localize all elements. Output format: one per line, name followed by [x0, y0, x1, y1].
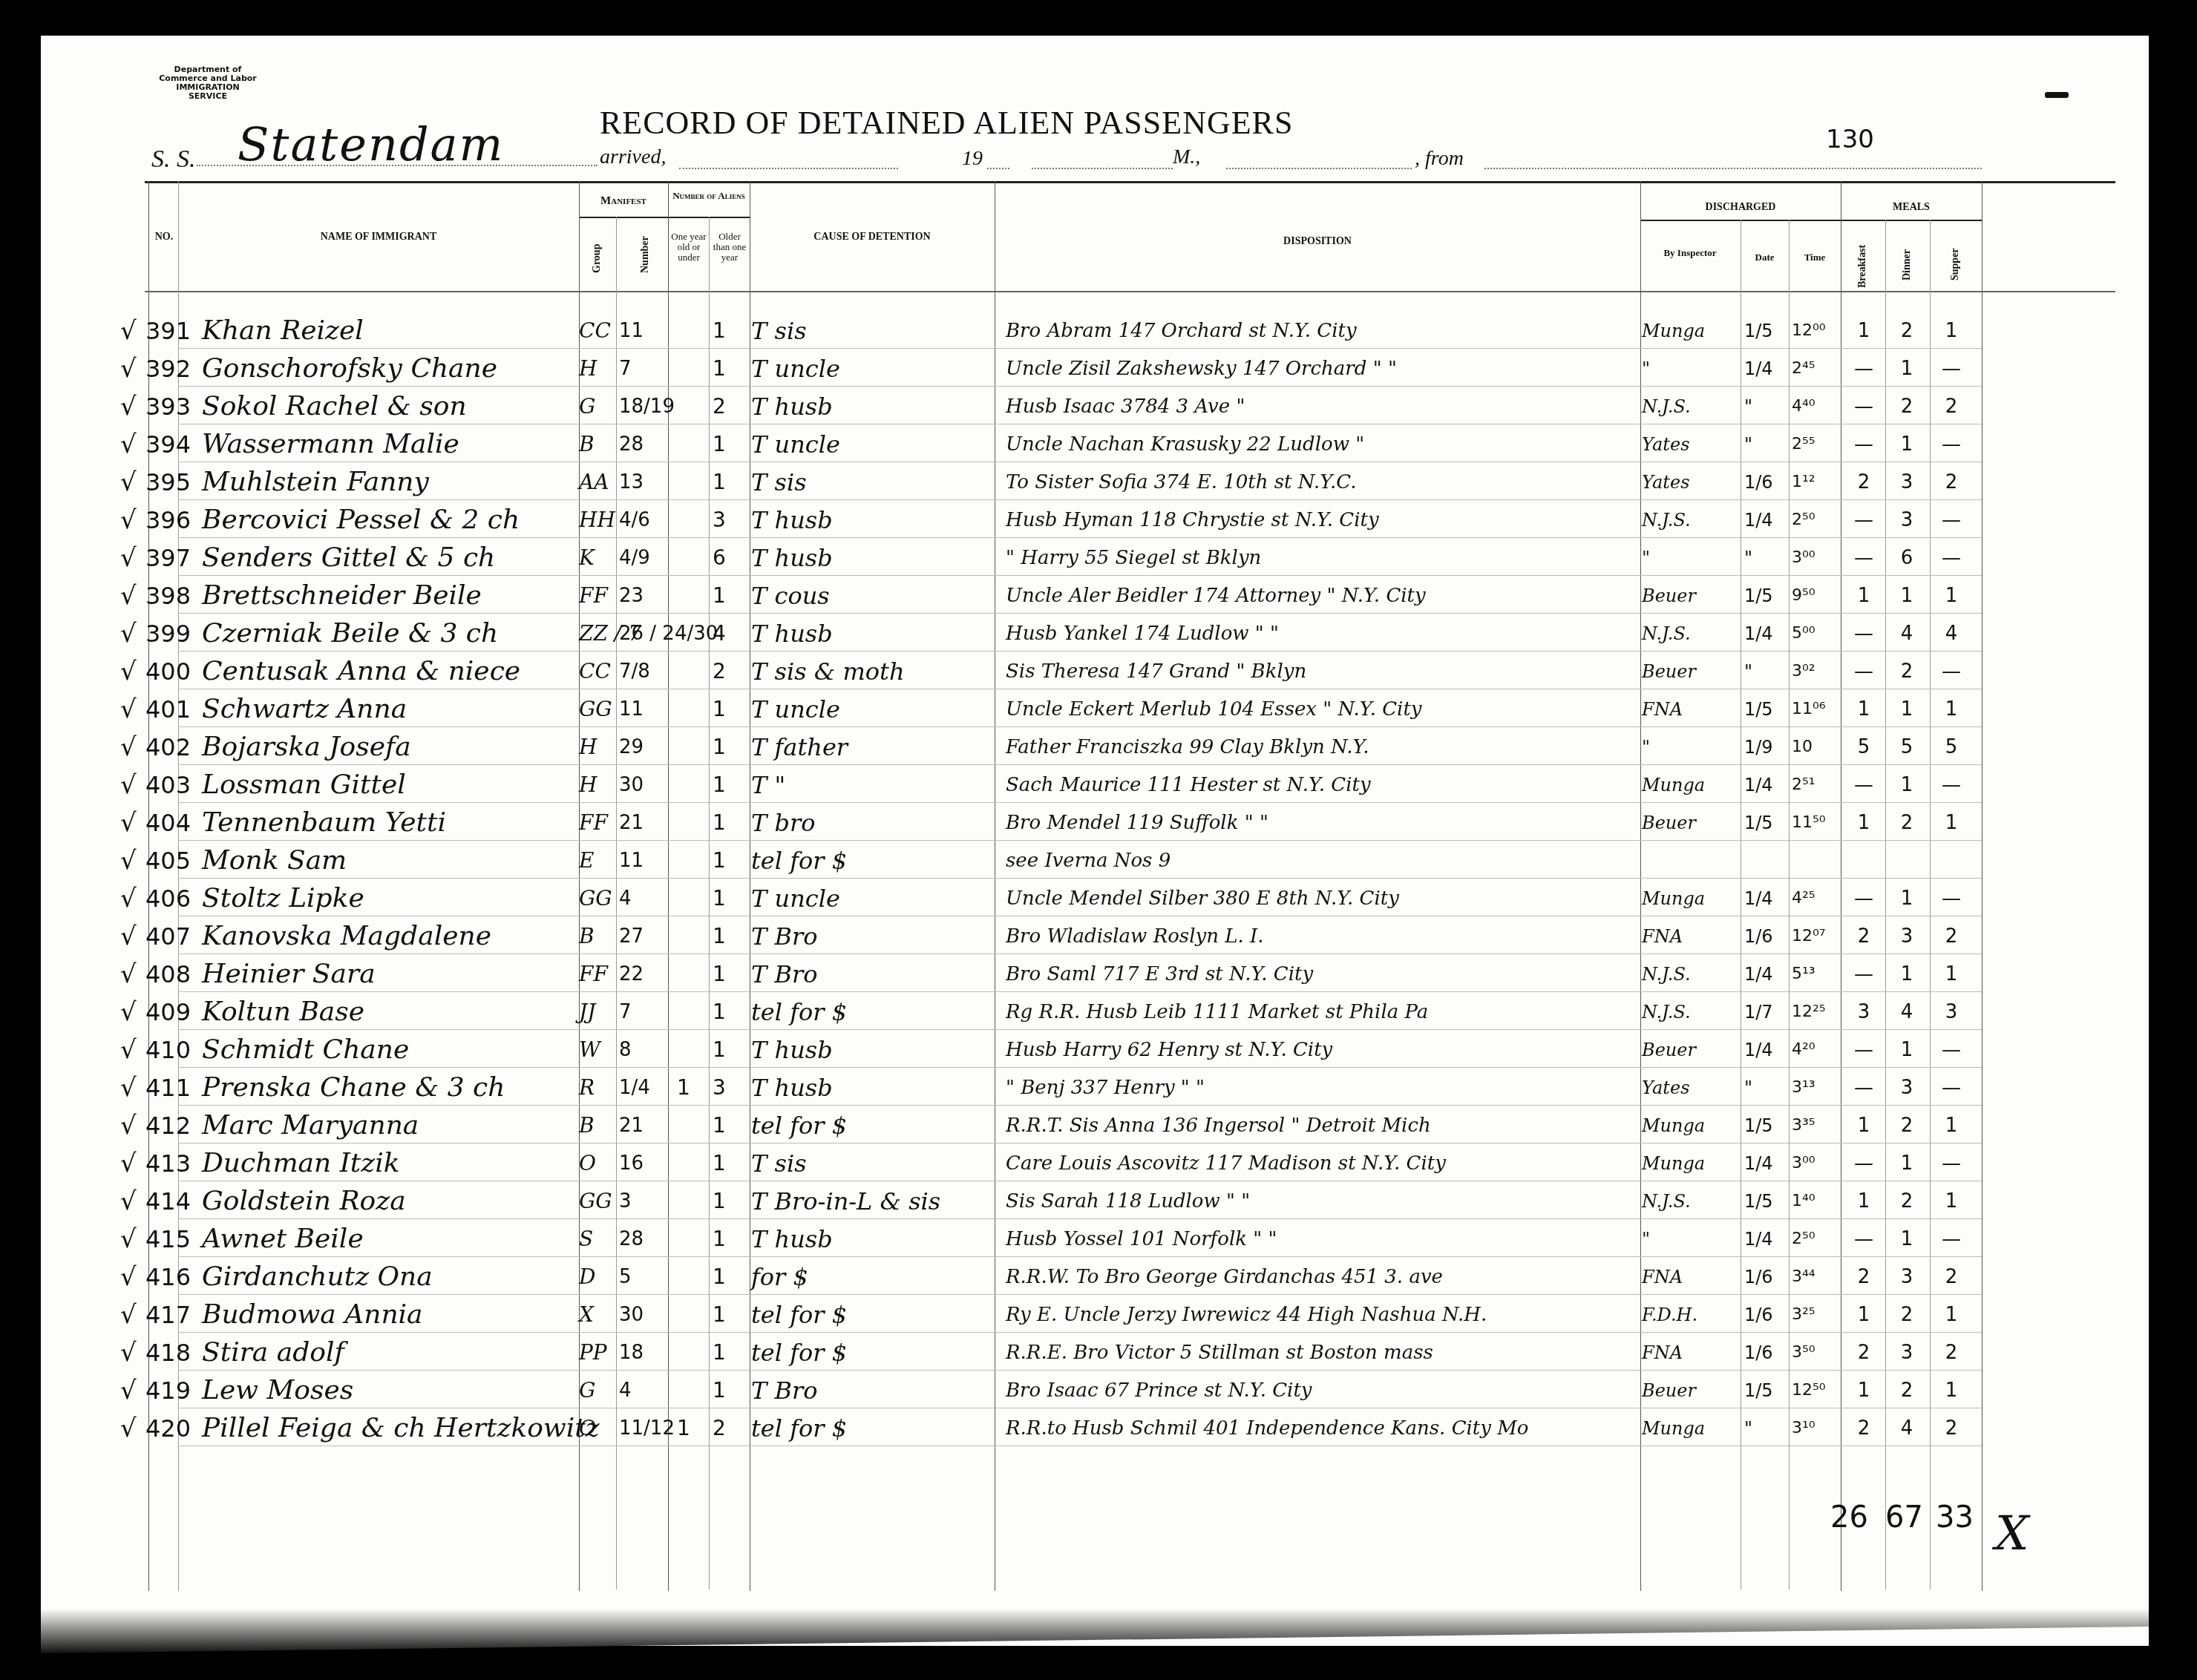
- manifest-number: 11: [619, 841, 644, 879]
- cause-of-detention: T husb: [751, 1220, 833, 1257]
- discharged-time: 3⁰⁰: [1792, 539, 1815, 576]
- meals-breakfast: 1: [1845, 1371, 1882, 1408]
- table-row: √415Awnet BeileS281T husbHusb Yossel 101…: [0, 1220, 2197, 1257]
- check-mark: √: [120, 917, 137, 954]
- discharged-date: 1/6: [1744, 1333, 1773, 1371]
- row-number: 409: [145, 993, 191, 1030]
- row-number: 413: [145, 1144, 191, 1181]
- meals-dinner: 1: [1888, 879, 1925, 916]
- manifest-group: FF: [579, 577, 608, 614]
- manifest-number: 5: [619, 1258, 632, 1295]
- row-number: 420: [145, 1409, 191, 1446]
- aliens-older-than-one-year: 1: [713, 1333, 726, 1371]
- check-mark: √: [120, 614, 137, 652]
- disposition: Husb Hyman 118 Chrystie st N.Y. City: [1006, 501, 1379, 538]
- discharged-by-inspector: Munga: [1642, 879, 1705, 916]
- meals-dinner: 6: [1888, 539, 1925, 576]
- meals-dinner: 2: [1888, 1296, 1925, 1333]
- disposition: Uncle Zisil Zakshewsky 147 Orchard " ": [1006, 350, 1397, 387]
- disposition: R.R.E. Bro Victor 5 Stillman st Boston m…: [1006, 1333, 1433, 1371]
- header-meals: MEALS: [1841, 202, 1982, 213]
- cause-of-detention: T uncle: [751, 350, 840, 387]
- discharged-by-inspector: Yates: [1642, 1069, 1689, 1106]
- check-mark: √: [120, 1220, 137, 1257]
- cause-of-detention: tel for $: [751, 1333, 847, 1371]
- meals-dinner: 2: [1888, 312, 1925, 349]
- page-number: 130: [1826, 125, 1874, 154]
- meals-dinner: 4: [1888, 993, 1925, 1030]
- disposition: Rg R.R. Husb Leib 1111 Market st Phila P…: [1006, 993, 1428, 1030]
- manifest-number: 16: [619, 1144, 644, 1181]
- aliens-older-than-one-year: 1: [713, 577, 726, 614]
- meals-supper: —: [1933, 425, 1970, 462]
- meals-breakfast: [1845, 841, 1882, 879]
- manifest-number: 4: [619, 879, 632, 916]
- aliens-older-than-one-year: 2: [713, 387, 726, 424]
- header-name: NAME OF IMMIGRANT: [178, 232, 579, 243]
- immigrant-name: Kanovska Magdalene: [202, 917, 491, 954]
- meals-supper: —: [1933, 879, 1970, 916]
- check-mark: √: [120, 766, 137, 803]
- discharged-date: 1/6: [1744, 1258, 1773, 1295]
- immigrant-name: Wassermann Malie: [202, 425, 459, 462]
- meals-dinner: 3: [1888, 463, 1925, 500]
- disposition: Sis Sarah 118 Ludlow " ": [1006, 1182, 1250, 1219]
- cause-of-detention: T Bro-in-L & sis: [751, 1182, 940, 1219]
- meals-supper: 1: [1933, 577, 1970, 614]
- check-mark: √: [120, 1371, 137, 1408]
- table-row: √403Lossman GittelH301T "Sach Maurice 11…: [0, 766, 2197, 803]
- meals-supper: 1: [1933, 955, 1970, 992]
- aliens-older-than-one-year: 1: [713, 1182, 726, 1219]
- disposition: Uncle Aler Beidler 174 Attorney " N.Y. C…: [1006, 577, 1426, 614]
- manifest-number: 21: [619, 1106, 644, 1143]
- header-date: Date: [1741, 252, 1789, 263]
- table-row: √407Kanovska MagdaleneB271T BroBro Wladi…: [0, 917, 2197, 954]
- manifest-number: 4/6: [619, 501, 650, 538]
- total-breakfast: 26: [1830, 1500, 1868, 1535]
- manifest-group: JJ: [579, 993, 595, 1030]
- arrived-line: [679, 168, 898, 169]
- cause-of-detention: T sis: [751, 312, 807, 349]
- aliens-older-than-one-year: 1: [713, 879, 726, 916]
- row-number: 415: [145, 1220, 191, 1257]
- cause-of-detention: T husb: [751, 539, 833, 576]
- cause-of-detention: T husb: [751, 1069, 833, 1106]
- cause-of-detention: T husb: [751, 501, 833, 538]
- check-mark: √: [120, 350, 137, 387]
- meals-breakfast: —: [1845, 652, 1882, 689]
- manifest-group: W: [579, 1031, 600, 1068]
- immigrant-name: Khan Reizel: [202, 312, 364, 349]
- manifest-number: 4/9: [619, 539, 650, 576]
- table-row: √416Girdanchutz OnaD51for $R.R.W. To Bro…: [0, 1258, 2197, 1295]
- discharged-date: 1/4: [1744, 879, 1773, 916]
- meals-dinner: 2: [1888, 1106, 1925, 1143]
- disposition: Husb Yossel 101 Norfolk " ": [1006, 1220, 1277, 1257]
- discharged-date: 1/7: [1744, 993, 1773, 1030]
- discharged-by-inspector: ": [1642, 728, 1650, 765]
- header-time: Time: [1789, 252, 1841, 263]
- from-label: , from: [1415, 147, 1464, 171]
- discharged-date: 1/5: [1744, 1182, 1773, 1219]
- manifest-group: PP: [579, 1333, 607, 1371]
- header-breakfast: Breakfast: [1857, 229, 1869, 288]
- table-row: √409Koltun BaseJJ71tel for $Rg R.R. Husb…: [0, 993, 2197, 1030]
- discharged-time: 5¹³: [1792, 955, 1815, 992]
- check-mark: √: [120, 690, 137, 727]
- discharged-date: ": [1744, 652, 1752, 689]
- manifest-group: FF: [579, 804, 608, 841]
- table-row: √392Gonschorofsky ChaneH71T uncleUncle Z…: [0, 350, 2197, 387]
- cause-of-detention: T bro: [751, 804, 816, 841]
- manifest-group: GG: [579, 690, 612, 727]
- row-number: 406: [145, 879, 191, 916]
- header-cause: CAUSE OF DETENTION: [750, 232, 995, 243]
- manifest-number: 27: [619, 917, 644, 954]
- manifest-number: 4: [619, 1371, 632, 1408]
- discharged-time: 2⁵⁵: [1792, 425, 1815, 462]
- service-name: IMMIGRATION SERVICE: [156, 83, 260, 101]
- row-number: 398: [145, 577, 191, 614]
- header-dinner: Dinner: [1902, 236, 1913, 280]
- discharged-by-inspector: ": [1642, 539, 1650, 576]
- form-title: RECORD OF DETAINED ALIEN PASSENGERS: [600, 104, 1293, 142]
- meals-breakfast: 2: [1845, 917, 1882, 954]
- aliens-older-than-one-year: 1: [713, 690, 726, 727]
- meals-breakfast: —: [1845, 1144, 1882, 1181]
- manifest-number: 26 / 24/30: [619, 614, 718, 652]
- disposition: R.R.to Husb Schmil 401 Independence Kans…: [1006, 1409, 1529, 1446]
- row-number: 403: [145, 766, 191, 803]
- disposition: Bro Isaac 67 Prince st N.Y. City: [1006, 1371, 1312, 1408]
- immigrant-name: Goldstein Roza: [202, 1182, 406, 1219]
- manifest-group: B: [579, 425, 595, 462]
- manifest-group: HH: [579, 501, 615, 538]
- ship-name: Statendam: [238, 117, 504, 171]
- row-number: 402: [145, 728, 191, 765]
- header-disposition: DISPOSITION: [995, 236, 1640, 247]
- discharged-by-inspector: Munga: [1642, 312, 1705, 349]
- aliens-older-than-one-year: 1: [713, 728, 726, 765]
- disposition: Bro Saml 717 E 3rd st N.Y. City: [1006, 955, 1313, 992]
- manifest-group: B: [579, 917, 595, 954]
- discharged-time: 3⁰²: [1792, 652, 1815, 689]
- aliens-older-than-one-year: 1: [713, 1220, 726, 1257]
- meals-breakfast: —: [1845, 1220, 1882, 1257]
- check-mark: √: [120, 425, 137, 462]
- disposition: Husb Isaac 3784 3 Ave ": [1006, 387, 1245, 424]
- meals-supper: —: [1933, 1031, 1970, 1068]
- disposition: Care Louis Ascovitz 117 Madison st N.Y. …: [1006, 1144, 1446, 1181]
- cause-of-detention: T sis & moth: [751, 652, 905, 689]
- table-row: √414Goldstein RozaGG31T Bro-in-L & sisSi…: [0, 1182, 2197, 1219]
- aliens-older-than-one-year: 1: [713, 766, 726, 803]
- check-mark: X: [1995, 1506, 2029, 1561]
- cause-of-detention: T uncle: [751, 879, 840, 916]
- row-number: 393: [145, 387, 191, 424]
- check-mark: √: [120, 955, 137, 992]
- meals-dinner: 1: [1888, 955, 1925, 992]
- manifest-number: 13: [619, 463, 644, 500]
- meals-supper: —: [1933, 350, 1970, 387]
- discharged-date: 1/5: [1744, 1106, 1773, 1143]
- discharged-by-inspector: Beuer: [1642, 1371, 1696, 1408]
- table-row: √395Muhlstein FannyAA131T sisTo Sister S…: [0, 463, 2197, 500]
- discharged-by-inspector: Yates: [1642, 425, 1689, 462]
- cause-of-detention: T uncle: [751, 690, 840, 727]
- discharged-date: 1/4: [1744, 501, 1773, 538]
- table-row: √406Stoltz LipkeGG41T uncleUncle Mendel …: [0, 879, 2197, 916]
- table-row: √393Sokol Rachel & sonG18/192T husbHusb …: [0, 387, 2197, 424]
- department-name: Department of Commerce and Labor: [156, 65, 260, 83]
- meals-breakfast: —: [1845, 501, 1882, 538]
- table-row: √412Marc MaryannaB211tel for $R.R.T. Sis…: [0, 1106, 2197, 1143]
- aliens-older-than-one-year: 1: [713, 1106, 726, 1143]
- discharged-time: 3⁴⁴: [1792, 1258, 1815, 1295]
- meals-breakfast: 1: [1845, 690, 1882, 727]
- meals-supper: 2: [1933, 917, 1970, 954]
- meals-dinner: 3: [1888, 1333, 1925, 1371]
- discharged-time: 3⁰⁰: [1792, 1144, 1815, 1181]
- immigrant-name: Budmowa Annia: [202, 1296, 423, 1333]
- disposition: Bro Abram 147 Orchard st N.Y. City: [1006, 312, 1357, 349]
- discharged-by-inspector: N.J.S.: [1642, 387, 1691, 424]
- table-row: √402Bojarska JosefaH291T fatherFather Fr…: [0, 728, 2197, 765]
- cause-of-detention: tel for $: [751, 1409, 847, 1446]
- discharged-time: 3⁵⁰: [1792, 1333, 1815, 1371]
- discharged-time: 2⁴⁵: [1792, 350, 1815, 387]
- discharged-date: 1/4: [1744, 955, 1773, 992]
- department-heading: Department of Commerce and Labor IMMIGRA…: [156, 65, 260, 101]
- manifest-group: O: [579, 1409, 596, 1446]
- discharged-date: ": [1744, 1409, 1752, 1446]
- aliens-older-than-one-year: 1: [713, 312, 726, 349]
- disposition: " Harry 55 Siegel st Bklyn: [1006, 539, 1261, 576]
- check-mark: √: [120, 1069, 137, 1106]
- aliens-older-than-one-year: 1: [713, 1258, 726, 1295]
- manifest-group: GG: [579, 879, 612, 916]
- check-mark: √: [120, 879, 137, 916]
- check-mark: √: [120, 1258, 137, 1295]
- aliens-older-than-one-year: 6: [713, 539, 726, 576]
- discharged-time: 11⁰⁶: [1792, 690, 1826, 727]
- meals-dinner: 1: [1888, 425, 1925, 462]
- date-line: [1226, 168, 1412, 169]
- discharged-time: 12⁵⁰: [1792, 1371, 1826, 1408]
- meals-dinner: 1: [1888, 766, 1925, 803]
- aliens-older-than-one-year: 1: [713, 1144, 726, 1181]
- row-number: 391: [145, 312, 191, 349]
- manifest-number: 23: [619, 577, 644, 614]
- meals-dinner: 4: [1888, 1409, 1925, 1446]
- discharged-date: 1/6: [1744, 917, 1773, 954]
- header-manifest: Manifest: [579, 196, 668, 207]
- aliens-older-than-one-year: 2: [713, 1409, 726, 1446]
- manifest-subrule: [579, 217, 750, 218]
- immigrant-name: Marc Maryanna: [202, 1106, 419, 1143]
- row-number: 408: [145, 955, 191, 992]
- meals-breakfast: 1: [1845, 1182, 1882, 1219]
- manifest-group: G: [579, 387, 595, 424]
- cause-of-detention: T Bro: [751, 917, 818, 954]
- discharged-date: 1/6: [1744, 463, 1773, 500]
- meals-breakfast: 3: [1845, 993, 1882, 1030]
- header-supper: Supper: [1950, 236, 1962, 280]
- discharged-date: ": [1744, 539, 1752, 576]
- immigrant-name: Schmidt Chane: [202, 1031, 409, 1068]
- row-number: 397: [145, 539, 191, 576]
- manifest-group: FF: [579, 955, 608, 992]
- discharged-by-inspector: Beuer: [1642, 1031, 1696, 1068]
- row-number: 417: [145, 1296, 191, 1333]
- meals-dinner: 3: [1888, 501, 1925, 538]
- manifest-number: 11/12: [619, 1409, 675, 1446]
- discharged-time: 12⁰⁰: [1792, 312, 1826, 349]
- table-row: √399Czerniak Beile & 3 chZZ / 726 / 24/3…: [0, 614, 2197, 652]
- discharged-date: 1/4: [1744, 1144, 1773, 1181]
- table-row: √396Bercovici Pessel & 2 chHH4/63T husbH…: [0, 501, 2197, 538]
- manifest-number: 7: [619, 350, 632, 387]
- aliens-older-than-one-year: 2: [713, 652, 726, 689]
- discharged-time: 3¹⁰: [1792, 1409, 1815, 1446]
- cause-of-detention: T father: [751, 728, 848, 765]
- manifest-group: G: [579, 1371, 595, 1408]
- aliens-older-than-one-year: 3: [713, 1069, 726, 1106]
- meals-breakfast: 1: [1845, 804, 1882, 841]
- discharged-time: 2⁵⁰: [1792, 501, 1815, 538]
- meals-breakfast: 1: [1845, 577, 1882, 614]
- table-row: √401Schwartz AnnaGG111T uncleUncle Ecker…: [0, 690, 2197, 727]
- discharged-by-inspector: N.J.S.: [1642, 1182, 1691, 1219]
- immigrant-name: Lew Moses: [202, 1371, 353, 1408]
- discharged-time: 12⁰⁷: [1792, 917, 1826, 954]
- discharged-by-inspector: ": [1642, 1220, 1650, 1257]
- manifest-number: 1/4: [619, 1069, 650, 1106]
- manifest-group: O: [579, 1144, 596, 1181]
- aliens-one-year-or-under: 1: [677, 1409, 690, 1446]
- table-row: √411Prenska Chane & 3 chR1/413T husb" Be…: [0, 1069, 2197, 1106]
- meals-supper: 1: [1933, 690, 1970, 727]
- table-row: √417Budmowa AnniaX301tel for $Ry E. Uncl…: [0, 1296, 2197, 1333]
- manifest-number: 22: [619, 955, 644, 992]
- meals-dinner: 2: [1888, 804, 1925, 841]
- meals-supper: —: [1933, 766, 1970, 803]
- discharged-date: 1/4: [1744, 1031, 1773, 1068]
- aliens-older-than-one-year: 4: [713, 614, 726, 652]
- discharged-by-inspector: Beuer: [1642, 804, 1696, 841]
- check-mark: √: [120, 463, 137, 500]
- check-mark: √: [120, 539, 137, 576]
- from-line: [1484, 168, 1982, 169]
- meals-supper: —: [1933, 1144, 1970, 1181]
- meals-supper: 1: [1933, 1296, 1970, 1333]
- check-mark: √: [120, 1144, 137, 1181]
- header-discharged: DISCHARGED: [1640, 202, 1841, 213]
- meals-dinner: 3: [1888, 1258, 1925, 1295]
- aliens-older-than-one-year: 1: [713, 350, 726, 387]
- manifest-number: 28: [619, 425, 644, 462]
- discharged-date: 1/6: [1744, 1296, 1773, 1333]
- cause-of-detention: T Bro: [751, 955, 818, 992]
- cause-of-detention: tel for $: [751, 1296, 847, 1333]
- discharged-by-inspector: FNA: [1642, 690, 1683, 727]
- manifest-group: CC: [579, 652, 611, 689]
- check-mark: √: [120, 993, 137, 1030]
- discharged-by-inspector: N.J.S.: [1642, 501, 1691, 538]
- manifest-number: 18: [619, 1333, 644, 1371]
- meals-breakfast: —: [1845, 539, 1882, 576]
- immigrant-name: Koltun Base: [202, 993, 364, 1030]
- discharged-date: 1/5: [1744, 577, 1773, 614]
- meals-supper: 2: [1933, 1258, 1970, 1295]
- meals-supper: 5: [1933, 728, 1970, 765]
- disposition: Father Franciszka 99 Clay Bklyn N.Y.: [1006, 728, 1369, 765]
- meals-supper: —: [1933, 539, 1970, 576]
- header-bottom-rule: [145, 291, 2115, 292]
- row-number: 396: [145, 501, 191, 538]
- check-mark: √: [120, 387, 137, 424]
- header-number-of-aliens: Number of Aliens: [668, 190, 750, 201]
- discharged-date: 1/4: [1744, 766, 1773, 803]
- cause-of-detention: tel for $: [751, 841, 847, 879]
- immigrant-name: Duchman Itzik: [202, 1144, 400, 1181]
- discharged-time: 1⁴⁰: [1792, 1182, 1815, 1219]
- discharged-date: 1/5: [1744, 1371, 1773, 1408]
- aliens-older-than-one-year: 1: [713, 1296, 726, 1333]
- manifest-group: X: [579, 1296, 594, 1333]
- aliens-older-than-one-year: 3: [713, 501, 726, 538]
- discharged-by-inspector: N.J.S.: [1642, 955, 1691, 992]
- discharged-time: 5⁰⁰: [1792, 614, 1815, 652]
- meals-dinner: 4: [1888, 614, 1925, 652]
- immigrant-name: Stoltz Lipke: [202, 879, 364, 916]
- m-label: M.,: [1173, 145, 1200, 169]
- table-row: √404Tennenbaum YettiFF211T broBro Mendel…: [0, 804, 2197, 841]
- table-row: √394Wassermann MalieB281T uncleUncle Nac…: [0, 425, 2197, 462]
- table-row: √418Stira adolfPP181tel for $R.R.E. Bro …: [0, 1333, 2197, 1371]
- meals-dinner: 2: [1888, 387, 1925, 424]
- discharged-time: 11⁵⁰: [1792, 804, 1826, 841]
- table-row: √420Pillel Feiga & ch HertzkowitzO11/121…: [0, 1409, 2197, 1446]
- discharged-date: 1/5: [1744, 690, 1773, 727]
- meals-dinner: 2: [1888, 652, 1925, 689]
- cause-of-detention: T sis: [751, 1144, 807, 1181]
- meals-dinner: 1: [1888, 1144, 1925, 1181]
- discharged-subrule: [1640, 220, 1982, 221]
- meals-dinner: 1: [1888, 1220, 1925, 1257]
- year-label: 19: [962, 147, 983, 171]
- meals-breakfast: —: [1845, 425, 1882, 462]
- manifest-number: 28: [619, 1220, 644, 1257]
- meals-dinner: 5: [1888, 728, 1925, 765]
- immigrant-name: Girdanchutz Ona: [202, 1258, 433, 1295]
- manifest-number: 30: [619, 766, 644, 803]
- meals-breakfast: —: [1845, 766, 1882, 803]
- row-number: 392: [145, 350, 191, 387]
- table-row: √419Lew MosesG41T BroBro Isaac 67 Prince…: [0, 1371, 2197, 1408]
- row-number: 404: [145, 804, 191, 841]
- meals-breakfast: —: [1845, 614, 1882, 652]
- immigrant-name: Czerniak Beile & 3 ch: [202, 614, 498, 652]
- meals-supper: 2: [1933, 1333, 1970, 1371]
- table-row: √398Brettschneider BeileFF231T cousUncle…: [0, 577, 2197, 614]
- discharged-time: 9⁵⁰: [1792, 577, 1815, 614]
- discharged-date: ": [1744, 387, 1752, 424]
- check-mark: √: [120, 577, 137, 614]
- meals-breakfast: —: [1845, 350, 1882, 387]
- meals-dinner: [1888, 841, 1925, 879]
